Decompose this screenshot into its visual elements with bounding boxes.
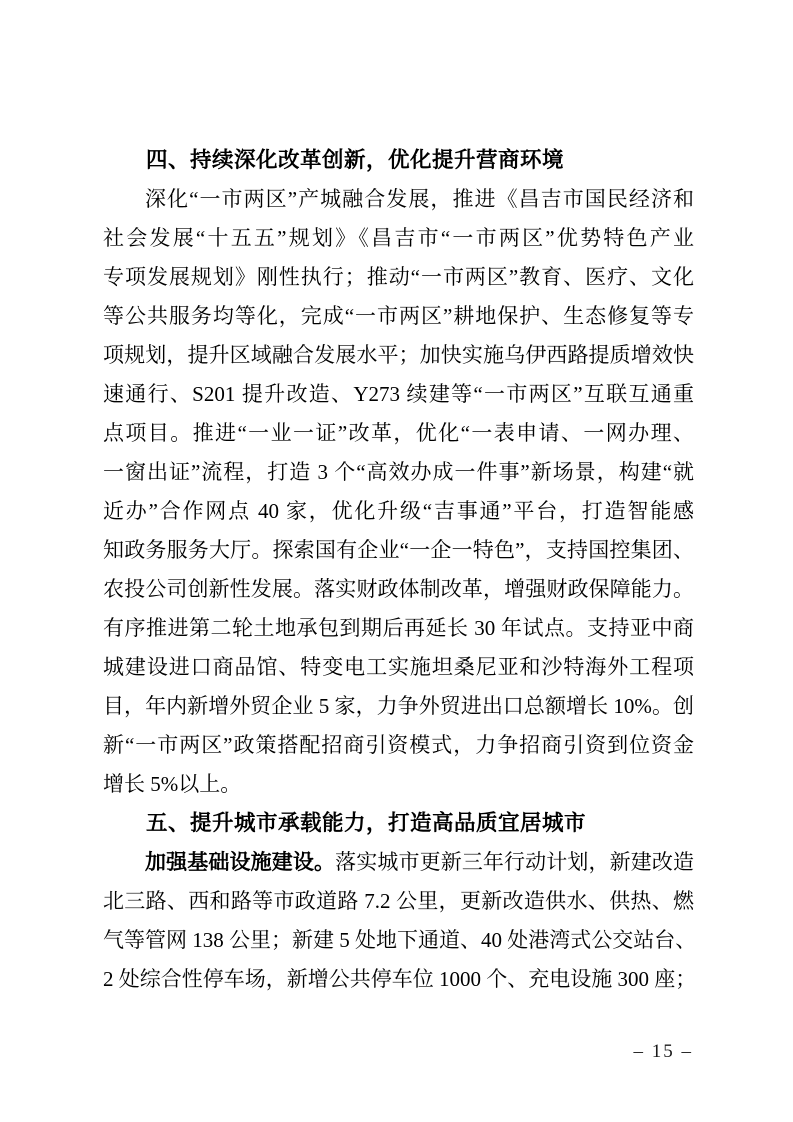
- document-page: 四、持续深化改革创新，优化提升营商环境深化“一市两区”产城融合发展，推进《昌吉市…: [0, 0, 793, 1122]
- text-run: 等公共服务均等化，完成“一市两区”耕地保护、生态修复等专: [103, 304, 694, 328]
- text-run: 点项目。推进“一业一证”改革，优化“一表申请、一网办理、: [103, 421, 694, 445]
- text-run: 农投公司创新性发展。落实财政体制改革，增强财政保障能力。: [103, 577, 694, 601]
- text-line: 专项发展规划》刚性执行；推动“一市两区”教育、医疗、文化: [103, 258, 694, 297]
- text-line: 一窗出证”流程，打造 3 个“高效办成一件事”新场景，构建“就: [103, 453, 694, 492]
- text-run: 社会发展“十五五”规划》《昌吉市“一市两区”优势特色产业: [103, 226, 694, 250]
- text-line: 新“一市两区”政策搭配招商引资模式，力争招商引资到位资金: [103, 726, 694, 765]
- text-run: 一窗出证”流程，打造 3 个“高效办成一件事”新场景，构建“就: [103, 460, 694, 484]
- bold-text-run: 四、持续深化改革创新，优化提升营商环境: [146, 148, 564, 172]
- text-run: 知政务服务大厅。探索国有企业“一企一特色”，支持国控集团、: [103, 538, 694, 562]
- heading-line: 五、提升城市承载能力，打造高品质宜居城市: [103, 804, 694, 843]
- text-run: 项规划，提升区域融合发展水平；加快实施乌伊西路提质增效快: [103, 343, 694, 367]
- text-run: 2 处综合性停车场，新增公共停车位 1000 个、充电设施 300 座；: [103, 967, 696, 991]
- text-line: 社会发展“十五五”规划》《昌吉市“一市两区”优势特色产业: [103, 219, 694, 258]
- heading-line: 四、持续深化改革创新，优化提升营商环境: [103, 141, 694, 180]
- section-heading: 四、持续深化改革创新，优化提升营商环境: [103, 141, 694, 180]
- text-line: 近办”合作网点 40 家，优化升级“吉事通”平台，打造智能感: [103, 492, 694, 531]
- text-line: 等公共服务均等化，完成“一市两区”耕地保护、生态修复等专: [103, 297, 694, 336]
- text-line: 项规划，提升区域融合发展水平；加快实施乌伊西路提质增效快: [103, 336, 694, 375]
- text-line: 气等管网 138 公里；新建 5 处地下通道、40 处港湾式公交站台、: [103, 921, 694, 960]
- paragraph: 深化“一市两区”产城融合发展，推进《昌吉市国民经济和社会发展“十五五”规划》《昌…: [103, 180, 694, 804]
- section-heading: 五、提升城市承载能力，打造高品质宜居城市: [103, 804, 694, 843]
- text-run: 速通行、S201 提升改造、Y273 续建等“一市两区”互联互通重: [103, 382, 694, 406]
- text-line: 深化“一市两区”产城融合发展，推进《昌吉市国民经济和: [103, 180, 694, 219]
- text-line: 知政务服务大厅。探索国有企业“一企一特色”，支持国控集团、: [103, 531, 694, 570]
- text-line: 增长 5%以上。: [103, 765, 694, 804]
- text-run: 增长 5%以上。: [103, 772, 241, 796]
- text-run: 新“一市两区”政策搭配招商引资模式，力争招商引资到位资金: [103, 733, 694, 757]
- text-line: 城建设进口商品馆、特变电工实施坦桑尼亚和沙特海外工程项: [103, 648, 694, 687]
- bold-text-run: 五、提升城市承载能力，打造高品质宜居城市: [146, 811, 586, 835]
- text-line: 速通行、S201 提升改造、Y273 续建等“一市两区”互联互通重: [103, 375, 694, 414]
- text-line: 点项目。推进“一业一证”改革，优化“一表申请、一网办理、: [103, 414, 694, 453]
- text-run: 落实城市更新三年行动计划，新建改造: [335, 850, 694, 874]
- text-line: 农投公司创新性发展。落实财政体制改革，增强财政保障能力。: [103, 570, 694, 609]
- text-line: 2 处综合性停车场，新增公共停车位 1000 个、充电设施 300 座；: [103, 960, 694, 999]
- text-run: 近办”合作网点 40 家，优化升级“吉事通”平台，打造智能感: [103, 499, 694, 523]
- text-line: 北三路、西和路等市政道路 7.2 公里，更新改造供水、供热、燃: [103, 882, 694, 921]
- text-run: 有序推进第二轮土地承包到期后再延长 30 年试点。支持亚中商: [103, 616, 694, 640]
- text-line: 有序推进第二轮土地承包到期后再延长 30 年试点。支持亚中商: [103, 609, 694, 648]
- text-run: 深化“一市两区”产城融合发展，推进《昌吉市国民经济和: [145, 187, 694, 211]
- text-run: 专项发展规划》刚性执行；推动“一市两区”教育、医疗、文化: [103, 265, 694, 289]
- text-run: 气等管网 138 公里；新建 5 处地下通道、40 处港湾式公交站台、: [103, 928, 696, 952]
- text-run: 城建设进口商品馆、特变电工实施坦桑尼亚和沙特海外工程项: [103, 655, 694, 679]
- bold-text-run: 加强基础设施建设。: [145, 850, 335, 874]
- page-number: – 15 –: [634, 1038, 694, 1066]
- text-run: 北三路、西和路等市政道路 7.2 公里，更新改造供水、供热、燃: [103, 889, 694, 913]
- paragraph: 加强基础设施建设。落实城市更新三年行动计划，新建改造北三路、西和路等市政道路 7…: [103, 843, 694, 999]
- text-line: 目，年内新增外贸企业 5 家，力争外贸进出口总额增长 10%。创: [103, 687, 694, 726]
- document-content: 四、持续深化改革创新，优化提升营商环境深化“一市两区”产城融合发展，推进《昌吉市…: [103, 141, 694, 999]
- text-line: 加强基础设施建设。落实城市更新三年行动计划，新建改造: [103, 843, 694, 882]
- text-run: 目，年内新增外贸企业 5 家，力争外贸进出口总额增长 10%。创: [103, 694, 694, 718]
